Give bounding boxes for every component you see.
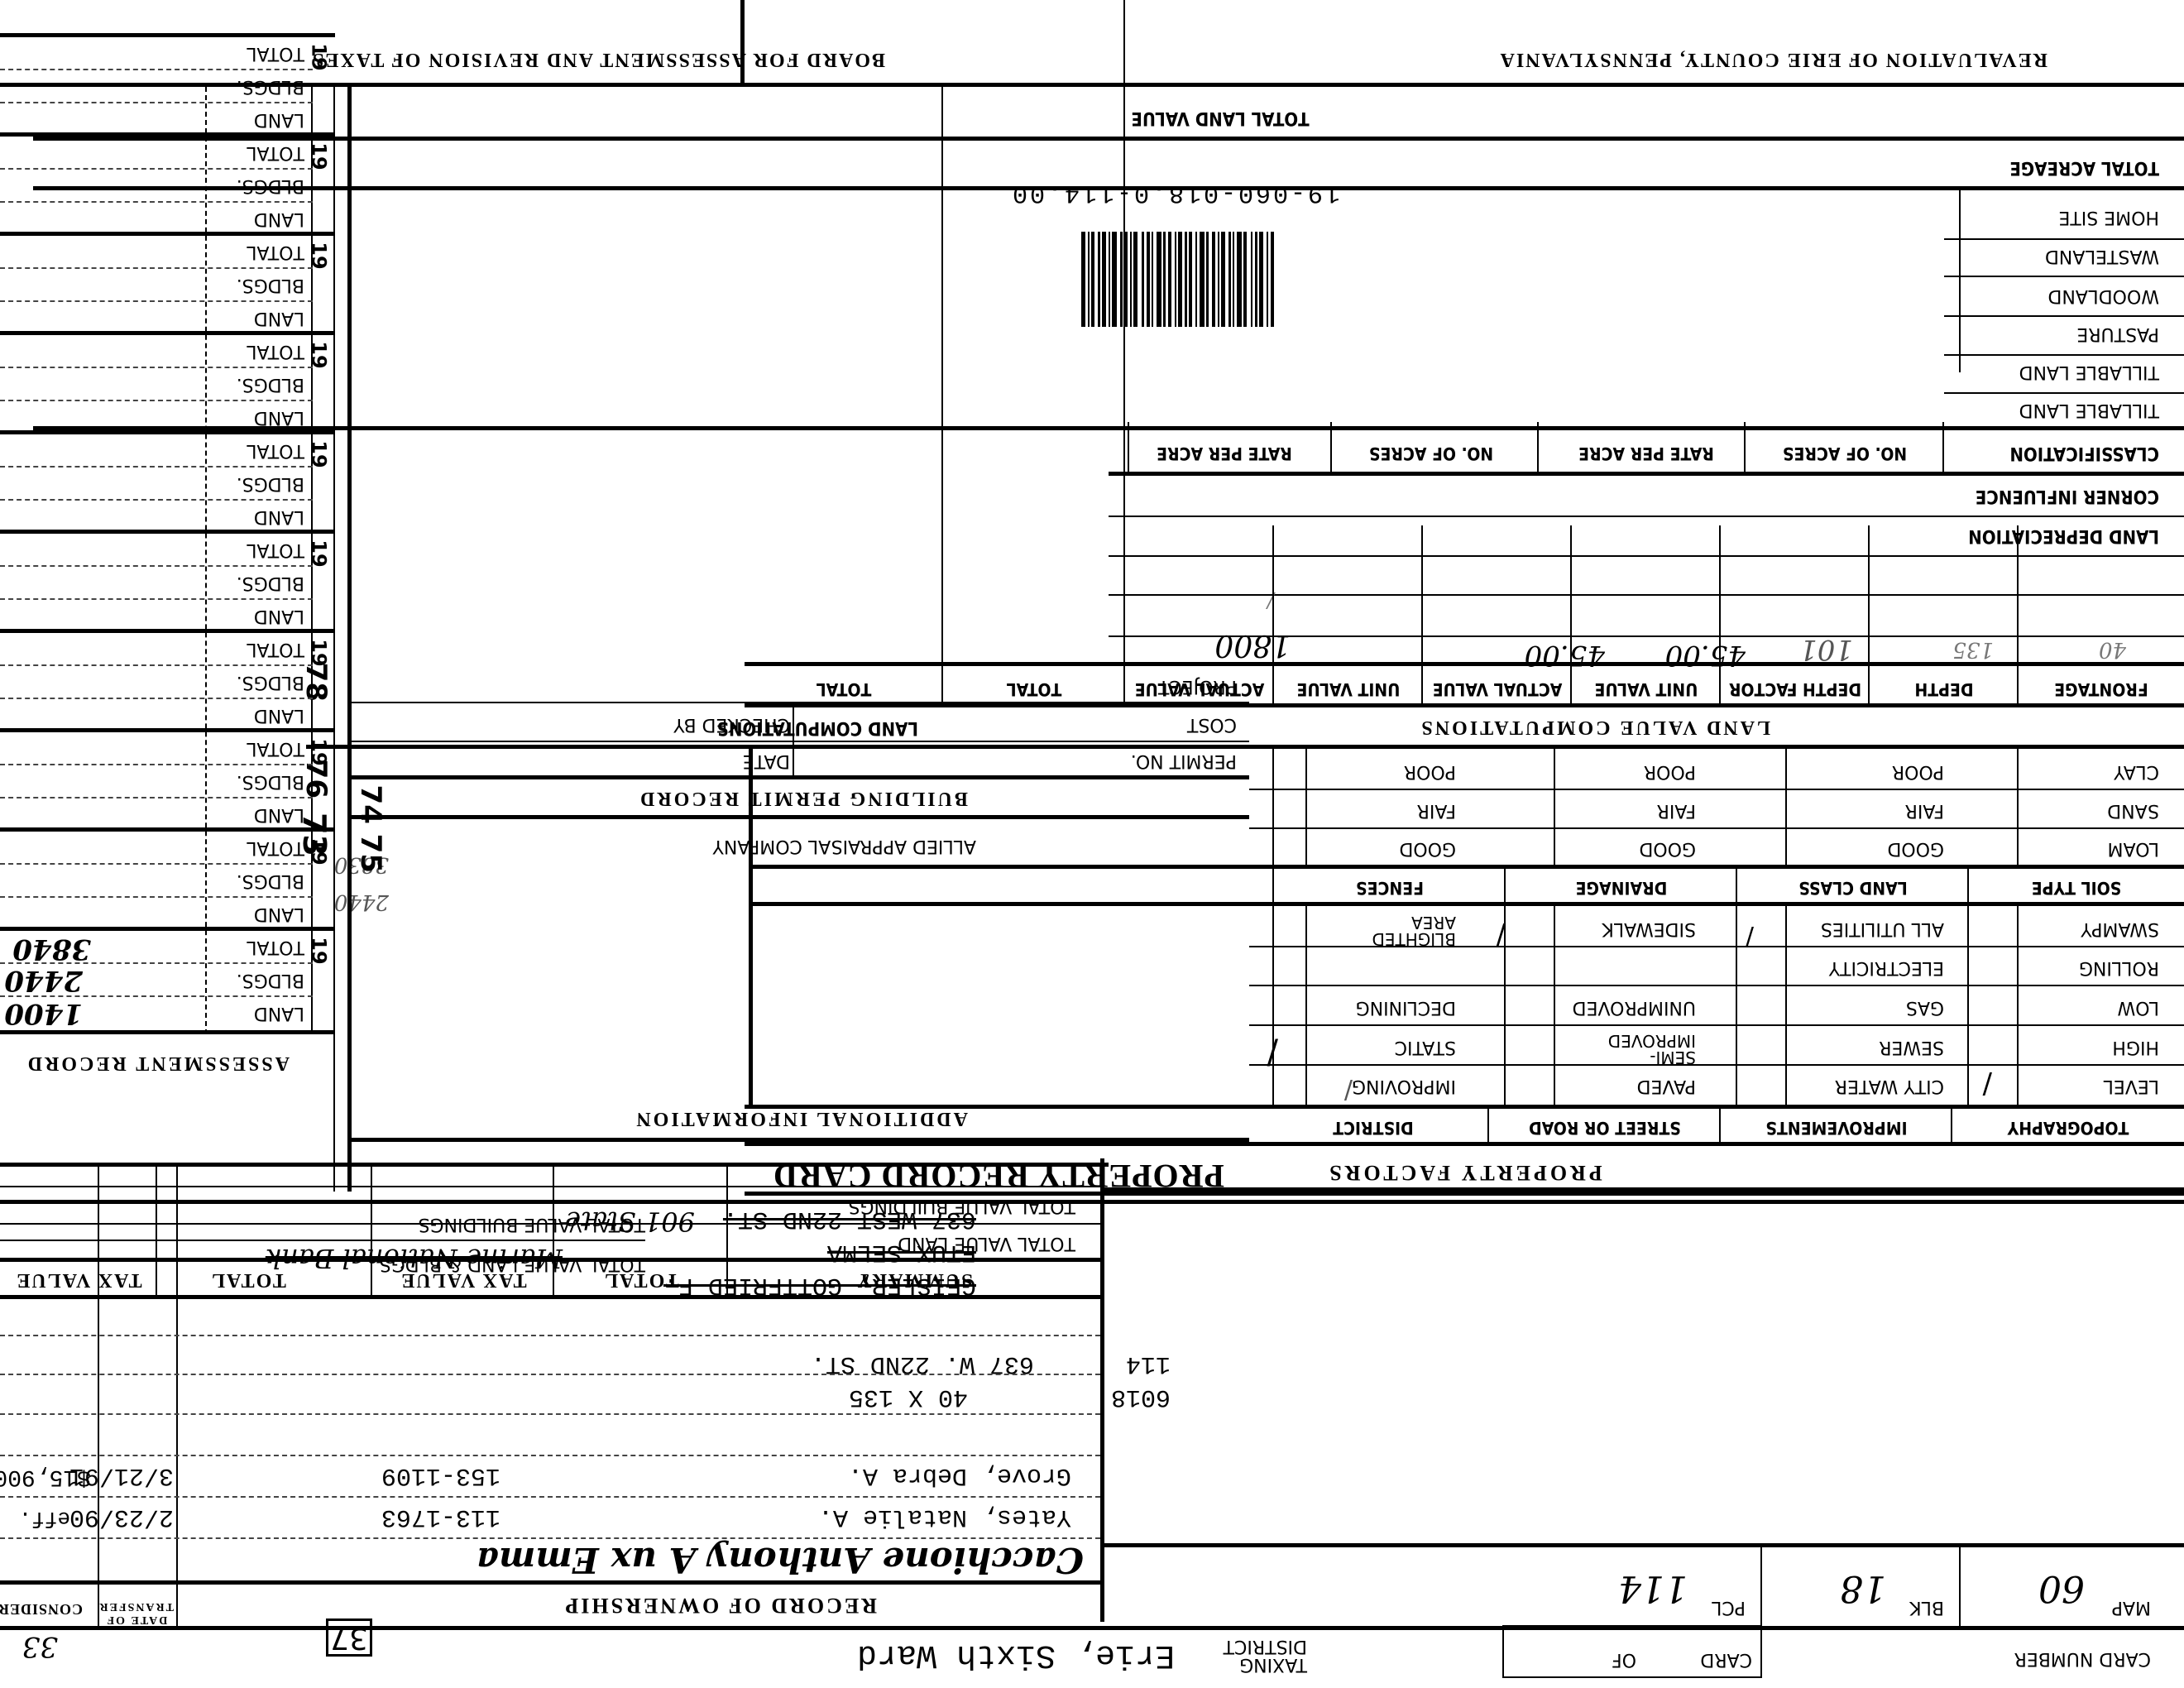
divider (1128, 422, 1129, 472)
header-drainage: DRAINAGE (1506, 878, 1737, 898)
rule (33, 426, 2184, 430)
divider (2017, 749, 2019, 869)
rule (0, 69, 313, 70)
ownership-row-owner: Grove, Debra A. (848, 1461, 1071, 1489)
divider (1537, 422, 1539, 472)
barcode-icon (1018, 232, 1274, 327)
map-value: 60 (2038, 1567, 2085, 1609)
factor-gas: GAS (1906, 997, 1944, 1018)
header-land-class: LAND CLASS (1737, 878, 1969, 898)
check-mark-icon: / (1746, 923, 1754, 952)
land-depreciation-label: LAND DEPRECIATION (1968, 525, 2159, 546)
permit-no-label: PERMIT NO. (1131, 750, 1237, 771)
handwritten-note: 2440 (334, 890, 389, 914)
assessment-land-value: 1400 (4, 997, 83, 1030)
assessment-year-prefix: 19 (307, 837, 330, 865)
rule (0, 331, 335, 335)
header-frontage: FRONTAGE (2019, 679, 2184, 699)
rule (347, 702, 1249, 703)
rule (0, 1455, 1100, 1456)
factor-level: LEVEL (2104, 1076, 2159, 1096)
assessment-row-label: LAND (254, 308, 304, 328)
rule (1944, 238, 2184, 240)
assessment-row-label: BLDGS. (237, 473, 304, 494)
rule (0, 1186, 1100, 1187)
assessment-row-label: TOTAL (247, 43, 304, 64)
assessment-year-prefix: 19 (307, 639, 330, 666)
rule (1109, 516, 2184, 517)
factor-city-water: CITY WATER (1835, 1076, 1944, 1096)
corner-influence-label: CORNER INFLUENCE (1976, 486, 2159, 506)
assessment-row-label: LAND (254, 209, 304, 229)
factor-fences-poor: POOR (1404, 761, 1456, 782)
corner-number: 33 (22, 1630, 58, 1663)
rule (0, 1295, 1100, 1299)
checked-by-label: CHECKED BY (673, 714, 790, 735)
rule (0, 698, 313, 699)
rule (0, 168, 313, 170)
divider (371, 1167, 372, 1299)
header-topography: TOPOGRAPHY (1952, 1118, 2184, 1138)
summary-title: SUMMARY (728, 1268, 1100, 1291)
rule (347, 815, 1249, 819)
header-improvements: IMPROVEMENTS (1721, 1118, 1952, 1138)
factor-land-class-fair: FAIR (1905, 800, 1944, 821)
acreage-row-tillable-1: TILLABLE LAND (2019, 400, 2159, 420)
assessment-row-label: TOTAL (247, 341, 304, 362)
rule (0, 664, 313, 666)
lot-size: 40 X 135 (849, 1383, 968, 1411)
rule (745, 662, 2184, 666)
rule (0, 1374, 1100, 1375)
factor-sidewalk: SIDEWALK (1602, 918, 1696, 939)
assessment-row-label: BLDGS. (237, 672, 304, 693)
assessment-row-label: TOTAL (247, 539, 304, 560)
record-of-ownership-title: RECORD OF OWNERSHIP (563, 1593, 877, 1618)
header-total-2: TOTAL (745, 679, 943, 699)
rule (306, 745, 2184, 749)
rule (1249, 1024, 2184, 1026)
rule (0, 1537, 1100, 1539)
assessment-row-label: LAND (254, 506, 304, 527)
rule (753, 902, 2184, 906)
assessment-year-prefix: 19 (307, 440, 330, 468)
ownership-row-owner: Cacchione Anthony A ux Emma (477, 1540, 1084, 1580)
assessment-total-value: 3840 (12, 933, 91, 966)
actual-value-1: 45.00 (1525, 639, 1605, 672)
taxing-district-value: Erie, Sixth Ward (857, 1636, 1175, 1673)
divider (1330, 422, 1332, 472)
rule (0, 1163, 1109, 1167)
rule (1100, 1543, 2184, 1547)
factor-sand: SAND (2107, 800, 2159, 821)
board-title: BOARD FOR ASSESSMENT AND REVISION OF TAX… (311, 48, 885, 70)
acres-header-1: NO. OF ACRES (1746, 444, 1944, 463)
rule (0, 1258, 1100, 1262)
appraiser-name: ALLIED APPRAISAL COMPANY (712, 836, 976, 856)
rule (745, 703, 2184, 707)
factor-drainage-poor: POOR (1644, 761, 1696, 782)
check-mark-icon: / (1983, 1067, 1992, 1101)
rule (0, 764, 313, 765)
divider (333, 83, 335, 1192)
factor-unimproved: UNIMPROVED (1573, 997, 1696, 1018)
divider (941, 87, 943, 707)
date-of-transfer-header: DATE OF TRANSFER (99, 1599, 174, 1626)
summary-total-header-1: TOTAL (554, 1268, 728, 1291)
divider (1959, 190, 1961, 372)
assessment-row-label: LAND (254, 407, 304, 428)
ownership-row-consideration: $15,900. (0, 1464, 91, 1489)
rule (0, 499, 313, 501)
acres-header-2: NO. OF ACRES (1332, 444, 1530, 463)
divider (98, 1167, 99, 1630)
divider (2017, 525, 2019, 707)
rate-header-2: RATE PER ACRE (1125, 444, 1324, 463)
property-record-card-document: REVALUATION OF ERIE COUNTY, PENNSYLVANIA… (0, 0, 2184, 1688)
rule (1249, 946, 2184, 947)
summary-row-buildings-2: TOTAL VALUE BUILDINGS (849, 1196, 1075, 1216)
factor-electricity: ELECTRICITY (1829, 957, 1944, 978)
factor-clay: CLAY (2114, 761, 2159, 782)
divider (1570, 525, 1572, 707)
header-total-1: TOTAL (943, 679, 1125, 699)
rule (1249, 985, 2184, 986)
divider (2017, 906, 2019, 1109)
rule (0, 565, 313, 567)
total-land-value-label: TOTAL LAND VALUE (745, 108, 1696, 128)
assessment-row-label: LAND (254, 705, 304, 726)
rule (0, 1335, 1100, 1336)
acreage-row-home-site: HOME SITE (2058, 207, 2159, 228)
header-rule (0, 83, 2184, 87)
factor-fences-fair: FAIR (1417, 800, 1456, 821)
divider (1305, 906, 1307, 1109)
permit-cost-label: COST (1187, 714, 1237, 735)
summary-tax-value-header-1: TAX VALUE (372, 1268, 554, 1291)
assessment-year-prefix: 19 (307, 242, 330, 269)
divider (1868, 525, 1870, 707)
rule (1109, 472, 2184, 476)
divider (205, 87, 207, 1034)
rule (0, 1240, 645, 1241)
classification-header: CLASSIFICATION (2009, 443, 2159, 463)
rule (0, 33, 335, 37)
acreage-row-woodland: WOODLAND (2047, 285, 2159, 306)
divider (740, 0, 745, 87)
summary-tax-value-header-2: TAX VALUE (0, 1268, 157, 1291)
rule (1944, 276, 2184, 277)
divider (1785, 906, 1787, 1109)
rule (0, 530, 335, 534)
divider (1719, 525, 1721, 707)
factor-loam: LOAM (2108, 838, 2159, 859)
parcel-id-text: 19-060-018.0-114.00 (1010, 179, 1340, 207)
assessment-year-prefix: 19 (307, 738, 330, 765)
assessment-year-prefix: 19 (307, 539, 330, 567)
depth-factor-value: 101 (1799, 633, 1853, 666)
pcl-label: PCL (1712, 1597, 1746, 1618)
rule (0, 232, 335, 236)
permit-date-label: DATE (743, 750, 790, 771)
rule (0, 728, 335, 732)
card-number-label: CARD NUMBER (2014, 1649, 2151, 1667)
card-of-of-label: OF (1612, 1649, 1636, 1670)
rule (1944, 392, 2184, 394)
rule (0, 1496, 1100, 1498)
factor-fences-good: GOOD (1399, 838, 1456, 859)
consideration-header: CONSIDERATION (0, 1600, 83, 1618)
rule (1249, 1064, 2184, 1066)
divider (1942, 422, 1944, 472)
header-depth-factor: DEPTH FACTOR (1721, 679, 1870, 699)
frontage-value: 40 (2099, 637, 2126, 662)
divider (1951, 1109, 1952, 1146)
assessment-row-label: LAND (254, 109, 304, 130)
rule (0, 430, 335, 434)
divider (1736, 869, 1737, 1109)
ownership-row-consideration: eff. (19, 1506, 70, 1531)
rule (347, 775, 1249, 779)
unit-value-1: 45.00 (1665, 639, 1746, 672)
rule (0, 863, 313, 865)
divider (726, 1167, 728, 1299)
land-total-value: 1800 (1214, 628, 1291, 662)
ownership-row-deed: 153-1109 (381, 1461, 500, 1489)
rule (0, 367, 313, 368)
revaluation-title: REVALUATION OF ERIE COUNTY, PENNSYLVANIA (1499, 48, 2047, 70)
divider (1487, 1109, 1489, 1146)
factor-drainage-good: GOOD (1639, 838, 1696, 859)
header-depth: DEPTH (1870, 679, 2019, 699)
assessment-record-title: ASSESSMENT RECORD (26, 1052, 290, 1074)
rule (1100, 1187, 2184, 1192)
divider (1504, 869, 1506, 1109)
factor-land-class-poor: POOR (1892, 761, 1944, 782)
divider (1760, 1547, 1762, 1630)
additional-information-title: ADDITIONAL INFORMATION (634, 1107, 968, 1129)
taxing-district-label: TAXING DISTRICT (1200, 1637, 1307, 1673)
assessment-row-label: TOTAL (247, 142, 304, 163)
rule (347, 741, 1249, 742)
divider (176, 1167, 178, 1630)
divider (1744, 422, 1746, 472)
check-mark-icon: / (1344, 1076, 1353, 1105)
assessment-row-label: TOTAL (247, 837, 304, 858)
rule (0, 598, 313, 600)
assessment-row-label: LAND (254, 1003, 304, 1024)
rule (1109, 555, 2184, 557)
rule (0, 300, 313, 302)
factor-high: HIGH (2112, 1037, 2159, 1057)
header-unit-value-2: UNIT VALUE (1274, 679, 1423, 699)
ownership-row-owner: Yates, Natalie A. (818, 1503, 1071, 1531)
project-label: PROJECT (1158, 676, 1237, 697)
divider (1305, 749, 1307, 869)
factor-sewer: SEWER (1879, 1037, 1944, 1057)
assessment-row-label: BLDGS. (237, 175, 304, 196)
stamped-year-74-75: 74 75 (354, 785, 387, 873)
factor-land-class-good: GOOD (1887, 838, 1944, 859)
rate-header-1: RATE PER ACRE (1547, 444, 1746, 463)
ownership-row-deed: 113-1763 (381, 1503, 500, 1531)
rule (0, 201, 313, 203)
divider (1100, 1158, 1104, 1622)
assessment-year-prefix: 19 (307, 341, 330, 368)
rule (0, 466, 313, 468)
assessment-bldgs-value: 2440 (4, 964, 83, 997)
divider (1123, 0, 1125, 707)
summary-total-header-2: TOTAL (161, 1268, 335, 1291)
header-unit-value-1: UNIT VALUE (1572, 679, 1721, 699)
card-of-card-label: CARD (1700, 1649, 1752, 1670)
rule (0, 827, 335, 832)
map-label: MAP (2112, 1597, 2151, 1618)
factor-low: LOW (2117, 997, 2159, 1018)
factor-rolling: ROLLING (2079, 957, 2159, 978)
rule (0, 400, 313, 401)
assessment-row-label: TOTAL (247, 242, 304, 262)
header-soil-type: SOIL TYPE (1969, 878, 2184, 898)
assessment-row-label: BLDGS. (237, 573, 304, 593)
assessment-row-label: BLDGS. (237, 76, 304, 97)
divider (347, 83, 352, 1192)
rule (33, 137, 2184, 141)
factor-improving: IMPROVING (1352, 1076, 1456, 1096)
divider (156, 1167, 157, 1299)
assessment-row-label: BLDGS. (237, 970, 304, 990)
assessment-row-label: TOTAL (247, 937, 304, 957)
pcl-value: 114 (1618, 1567, 1688, 1609)
assessment-row-label: LAND (254, 606, 304, 626)
rule (0, 1413, 1100, 1415)
rule (0, 1223, 1100, 1225)
rule (0, 1202, 645, 1204)
assessment-row-label: BLDGS. (237, 870, 304, 891)
divider (1421, 525, 1423, 707)
rule (1944, 354, 2184, 356)
divider (1554, 906, 1555, 1109)
assessment-row-label: TOTAL (247, 440, 304, 461)
assessment-year-prefix: 19 (307, 142, 330, 170)
assessment-row-label: BLDGS. (237, 771, 304, 792)
assessment-row-label: LAND (254, 904, 304, 924)
factor-all-utilities: ALL UTILITIES (1821, 918, 1944, 939)
factor-semi-improved: SEMI-IMPROVED (1597, 1033, 1696, 1066)
divider (1967, 869, 1969, 1109)
rule (753, 865, 2184, 869)
assessment-row-label: BLDGS. (237, 275, 304, 295)
divider (1785, 749, 1787, 869)
stamped-year-78: 78 (299, 663, 333, 702)
divider (1719, 1109, 1721, 1146)
divider (553, 1167, 554, 1299)
rule (0, 896, 313, 898)
total-acreage-label: TOTAL ACREAGE (2009, 157, 2159, 178)
header-street-or-road: STREET OR ROAD (1489, 1118, 1721, 1138)
header-district: DISTRICT (1257, 1118, 1489, 1138)
divider (1959, 1547, 1961, 1630)
divider (793, 703, 794, 779)
acreage-row-wasteland: WASTELAND (2045, 246, 2159, 266)
header-actual-value-1: ACTUAL VALUE (1423, 679, 1572, 699)
rule (0, 267, 313, 269)
box-number: 37 (326, 1618, 372, 1657)
assessment-year-prefix: 19 (307, 43, 330, 70)
rule (0, 1580, 1100, 1585)
land-value-computations-title: LAND VALUE COMPUTATIONS (1419, 716, 1770, 738)
assessment-row-label: LAND (254, 804, 304, 825)
acreage-row-pasture: PASTURE (2076, 324, 2159, 344)
divider (1554, 749, 1555, 869)
factor-declining: DECLINING (1356, 997, 1456, 1018)
rule (0, 132, 335, 137)
factor-blighted-area: BLIGHTED AREA (1357, 914, 1456, 947)
blk-value: 18 (1840, 1567, 1886, 1609)
assessment-row-label: TOTAL (247, 738, 304, 759)
rule (0, 102, 313, 103)
assessment-row-label: BLDGS. (237, 374, 304, 395)
owner-pcl-number: 114 (1126, 1350, 1171, 1378)
rule (0, 629, 335, 633)
rule (745, 1142, 2184, 1146)
rule (347, 1138, 1249, 1142)
rule (1944, 315, 2184, 317)
assessment-row-label: TOTAL (247, 639, 304, 659)
rule (0, 1030, 335, 1034)
factor-static: STATIC (1395, 1037, 1456, 1057)
owner-map-number: 6018 (1111, 1383, 1171, 1411)
header-fences: FENCES (1274, 878, 1506, 898)
building-permit-record-title: BUILDING PERMIT RECORD (638, 787, 968, 809)
rule (1249, 789, 2184, 790)
handwritten-new-address: 901 State (565, 1206, 695, 1237)
depth-value: 135 (1952, 637, 1994, 662)
rule (1249, 827, 2184, 829)
factor-paved: PAVED (1637, 1076, 1696, 1096)
factor-swampy: SWAMPY (2081, 918, 2159, 939)
rule (0, 797, 313, 798)
divider (1272, 745, 1274, 1109)
divider (1272, 525, 1274, 707)
factor-drainage-fair: FAIR (1657, 800, 1696, 821)
acreage-row-tillable-2: TILLABLE LAND (2019, 362, 2159, 382)
card-of-box: CARD OF (1502, 1625, 1762, 1678)
summary-row-land: TOTAL VALUE LAND (898, 1233, 1075, 1254)
assessment-year-prefix: 19 (307, 937, 330, 964)
ownership-row-date: 2/23/90 (69, 1503, 174, 1531)
blk-label: BLK (1909, 1597, 1944, 1618)
rule (0, 927, 335, 931)
